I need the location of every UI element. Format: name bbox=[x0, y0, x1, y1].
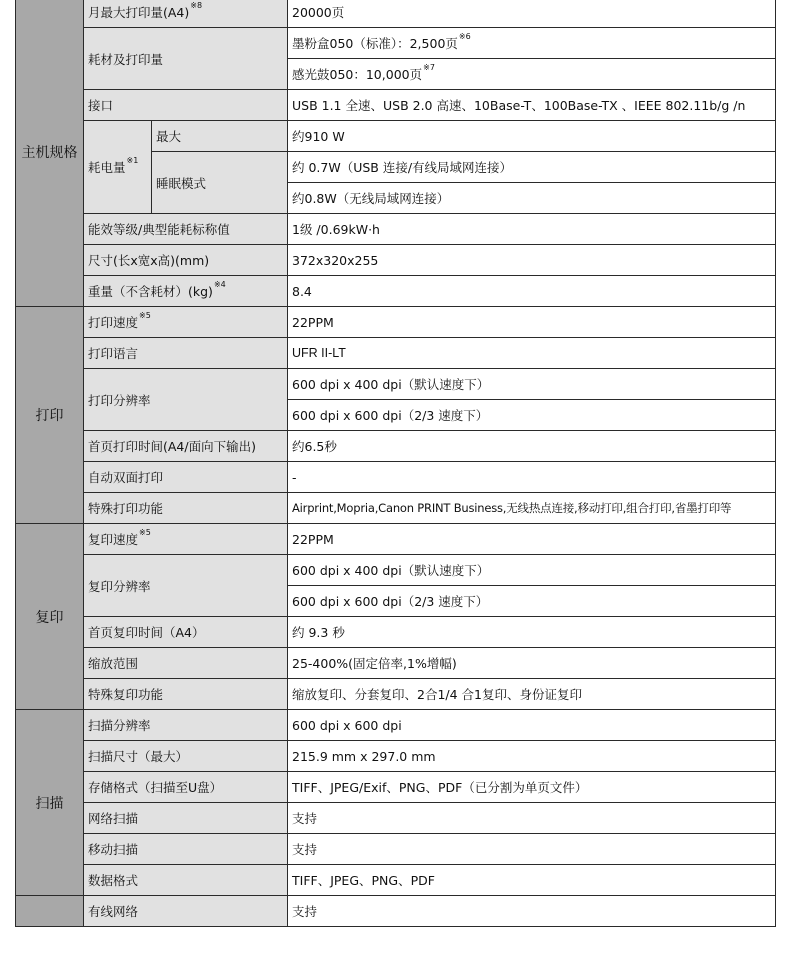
table-row: 特殊复印功能 缩放复印、分套复印、2合1/4 合1复印、身份证复印 bbox=[16, 679, 776, 710]
table-row: 接口 USB 1.1 全速、USB 2.0 高速、10Base-T、100Bas… bbox=[16, 90, 776, 121]
table-row: 首页复印时间（A4） 约 9.3 秒 bbox=[16, 617, 776, 648]
row-label: 复印分辨率 bbox=[84, 555, 288, 617]
row-label: 缩放范围 bbox=[84, 648, 288, 679]
row-value: 8.4 bbox=[288, 276, 776, 307]
row-value: 约 9.3 秒 bbox=[288, 617, 776, 648]
row-label: 移动扫描 bbox=[84, 834, 288, 865]
row-value: Airprint,Mopria,Canon PRINT Business,无线热… bbox=[288, 493, 776, 524]
table-row: 网络扫描 支持 bbox=[16, 803, 776, 834]
row-value: 感光鼓050：10,000页※7 bbox=[288, 59, 776, 90]
table-row: 尺寸(长x宽x高)(mm) 372x320x255 bbox=[16, 245, 776, 276]
row-label: 接口 bbox=[84, 90, 288, 121]
row-value: 支持 bbox=[288, 896, 776, 927]
table-row: 能效等级/典型能耗标称值 1级 /0.69kW·h bbox=[16, 214, 776, 245]
row-label: 尺寸(长x宽x高)(mm) bbox=[84, 245, 288, 276]
category-main-spec: 主机规格 bbox=[16, 0, 84, 307]
row-value: 20000页 bbox=[288, 0, 776, 28]
row-value: TIFF、JPEG/Exif、PNG、PDF（已分割为单页文件） bbox=[288, 772, 776, 803]
row-label: 自动双面打印 bbox=[84, 462, 288, 493]
row-value: 墨粉盒050（标准）：2,500页※6 bbox=[288, 28, 776, 59]
sub-label: 睡眠模式 bbox=[152, 152, 288, 214]
row-value: 1级 /0.69kW·h bbox=[288, 214, 776, 245]
row-value: - bbox=[288, 462, 776, 493]
category-network bbox=[16, 896, 84, 927]
row-value: 约 0.7W（USB 连接/有线局域网连接） bbox=[288, 152, 776, 183]
row-label: 存储格式（扫描至U盘） bbox=[84, 772, 288, 803]
row-value: 缩放复印、分套复印、2合1/4 合1复印、身份证复印 bbox=[288, 679, 776, 710]
table-row: 耗电量※1 最大 约910 W bbox=[16, 121, 776, 152]
row-label: 扫描分辨率 bbox=[84, 710, 288, 741]
row-value: 215.9 mm x 297.0 mm bbox=[288, 741, 776, 772]
row-label: 特殊打印功能 bbox=[84, 493, 288, 524]
table-row: 主机规格 月最大打印量(A4)※8 20000页 bbox=[16, 0, 776, 28]
table-row: 复印 复印速度※5 22PPM bbox=[16, 524, 776, 555]
row-label: 网络扫描 bbox=[84, 803, 288, 834]
row-value: 600 dpi x 600 dpi（2/3 速度下） bbox=[288, 400, 776, 431]
row-value: TIFF、JPEG、PNG、PDF bbox=[288, 865, 776, 896]
category-scan: 扫描 bbox=[16, 710, 84, 896]
row-value: UFR II-LT bbox=[288, 338, 776, 369]
row-value: 支持 bbox=[288, 803, 776, 834]
spec-table: 主机规格 月最大打印量(A4)※8 20000页 耗材及打印量 墨粉盒050（标… bbox=[15, 0, 776, 927]
row-label: 能效等级/典型能耗标称值 bbox=[84, 214, 288, 245]
table-row: 重量（不含耗材）(kg)※4 8.4 bbox=[16, 276, 776, 307]
row-value: 22PPM bbox=[288, 307, 776, 338]
category-print: 打印 bbox=[16, 307, 84, 524]
table-row: 移动扫描 支持 bbox=[16, 834, 776, 865]
row-value: 600 dpi x 400 dpi（默认速度下） bbox=[288, 555, 776, 586]
table-row: 首页打印时间(A4/面向下输出) 约6.5秒 bbox=[16, 431, 776, 462]
table-row: 存储格式（扫描至U盘） TIFF、JPEG/Exif、PNG、PDF（已分割为单… bbox=[16, 772, 776, 803]
row-value: 约0.8W（无线局域网连接） bbox=[288, 183, 776, 214]
row-value: 支持 bbox=[288, 834, 776, 865]
table-row: 有线网络 支持 bbox=[16, 896, 776, 927]
row-value: 600 dpi x 600 dpi（2/3 速度下） bbox=[288, 586, 776, 617]
row-label: 打印语言 bbox=[84, 338, 288, 369]
sub-label: 最大 bbox=[152, 121, 288, 152]
table-row: 自动双面打印 - bbox=[16, 462, 776, 493]
row-label: 扫描尺寸（最大） bbox=[84, 741, 288, 772]
row-value: 25-400%(固定倍率,1%增幅) bbox=[288, 648, 776, 679]
table-row: 打印 打印速度※5 22PPM bbox=[16, 307, 776, 338]
row-label: 首页打印时间(A4/面向下输出) bbox=[84, 431, 288, 462]
row-label: 特殊复印功能 bbox=[84, 679, 288, 710]
row-label: 复印速度※5 bbox=[84, 524, 288, 555]
table-row: 打印分辨率 600 dpi x 400 dpi（默认速度下） bbox=[16, 369, 776, 400]
row-label: 数据格式 bbox=[84, 865, 288, 896]
table-row: 扫描 扫描分辨率 600 dpi x 600 dpi bbox=[16, 710, 776, 741]
row-value: USB 1.1 全速、USB 2.0 高速、10Base-T、100Base-T… bbox=[288, 90, 776, 121]
row-label: 打印分辨率 bbox=[84, 369, 288, 431]
row-label: 耗材及打印量 bbox=[84, 28, 288, 90]
row-label: 月最大打印量(A4)※8 bbox=[84, 0, 288, 28]
row-label: 重量（不含耗材）(kg)※4 bbox=[84, 276, 288, 307]
row-value: 372x320x255 bbox=[288, 245, 776, 276]
row-value: 约6.5秒 bbox=[288, 431, 776, 462]
row-label: 打印速度※5 bbox=[84, 307, 288, 338]
row-label: 耗电量※1 bbox=[84, 121, 152, 214]
table-row: 缩放范围 25-400%(固定倍率,1%增幅) bbox=[16, 648, 776, 679]
row-value: 600 dpi x 400 dpi（默认速度下） bbox=[288, 369, 776, 400]
category-copy: 复印 bbox=[16, 524, 84, 710]
row-value: 约910 W bbox=[288, 121, 776, 152]
row-label: 首页复印时间（A4） bbox=[84, 617, 288, 648]
table-row: 复印分辨率 600 dpi x 400 dpi（默认速度下） bbox=[16, 555, 776, 586]
row-value: 600 dpi x 600 dpi bbox=[288, 710, 776, 741]
table-row: 耗材及打印量 墨粉盒050（标准）：2,500页※6 bbox=[16, 28, 776, 59]
row-value: 22PPM bbox=[288, 524, 776, 555]
table-row: 打印语言 UFR II-LT bbox=[16, 338, 776, 369]
row-label: 有线网络 bbox=[84, 896, 288, 927]
table-row: 扫描尺寸（最大） 215.9 mm x 297.0 mm bbox=[16, 741, 776, 772]
table-row: 数据格式 TIFF、JPEG、PNG、PDF bbox=[16, 865, 776, 896]
table-row: 特殊打印功能 Airprint,Mopria,Canon PRINT Busin… bbox=[16, 493, 776, 524]
